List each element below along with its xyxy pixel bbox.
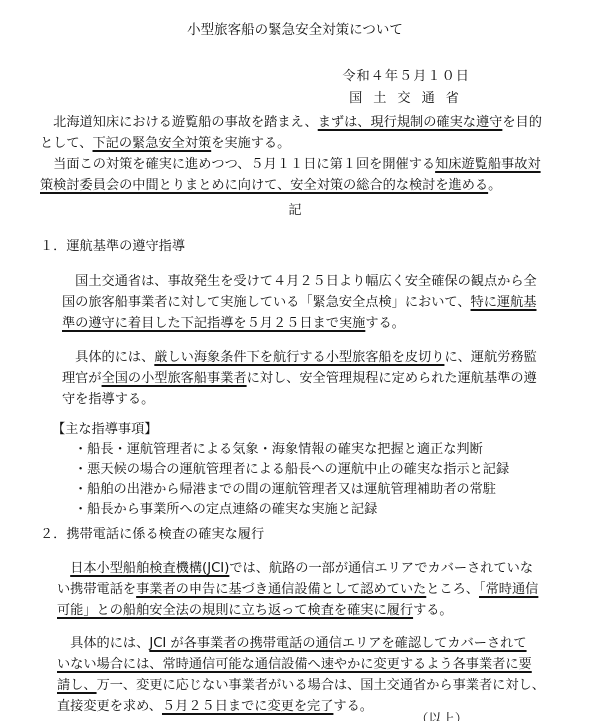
list-item: ・船長・運航管理者による気象・海象情報の確実な把握と適正な判断: [74, 438, 483, 457]
section-2-heading: ２．携帯電話に係る検査の確実な履行: [40, 523, 264, 542]
closing-mark: （以上）: [415, 708, 468, 721]
underlined-text: JCI が各事業者の携帯電話の通信エリアを確認してカバーされて: [149, 636, 526, 651]
underlined-text: まずは、現行規制の確実な遵守: [318, 115, 503, 130]
underlined-text: 「常時通信: [479, 582, 538, 597]
list-item: ・船舶の出港から帰港までの間の運航管理者又は運航管理補助者の常駐: [74, 478, 496, 497]
underlined-text: 知床遊覧船事故対: [435, 157, 541, 172]
document-date: 令和４年５月１０日: [342, 65, 470, 84]
list-item: ・悪天候の場合の運航管理者による船長への運航中止の確実な指示と記録: [74, 458, 509, 477]
guidance-list-heading: 【主な指導事項】: [52, 418, 158, 437]
issuing-ministry: 国土交通省: [349, 87, 470, 106]
underlined-text: ５月２５日までに変更を完了: [162, 699, 333, 714]
underlined-text: 請し、: [57, 678, 97, 693]
underlined-text: 厳しい海象条件下を航行する小型旅客船を皮切り: [154, 350, 444, 365]
list-item: ・船長から事業所への定点連絡の確実な実施と記録: [74, 498, 377, 517]
document-title: 小型旅客船の緊急安全対策について: [0, 18, 590, 38]
underlined-text: 日本小型船舶検査機構(JCI): [70, 561, 229, 576]
underlined-text: いない場合には、常時通信可能な通信設備へ速やかに変更するよう各事業者に要: [57, 657, 532, 672]
ki-heading: 記: [0, 199, 590, 218]
underlined-text: 可能」との船舶安全法の規則に立ち返って検査を確実に履行: [57, 603, 413, 618]
underlined-text: 下記の緊急安全対策: [93, 136, 212, 151]
section-1-heading: １．運航基準の遵守指導: [40, 235, 185, 254]
underlined-text: 全国の小型旅客船事業者: [102, 371, 247, 386]
underlined-text: 準の遵守に着目した下記指導を５月２５日まで実施: [62, 316, 365, 331]
underlined-text: 特に運航基: [471, 295, 537, 310]
underlined-text: 事業者の申告に基づき通信設備として認めていた: [136, 582, 426, 597]
underlined-text: 策検討委員会の中間とりまとめに向けて、安全対策の総合的な検討を進める: [40, 178, 488, 193]
